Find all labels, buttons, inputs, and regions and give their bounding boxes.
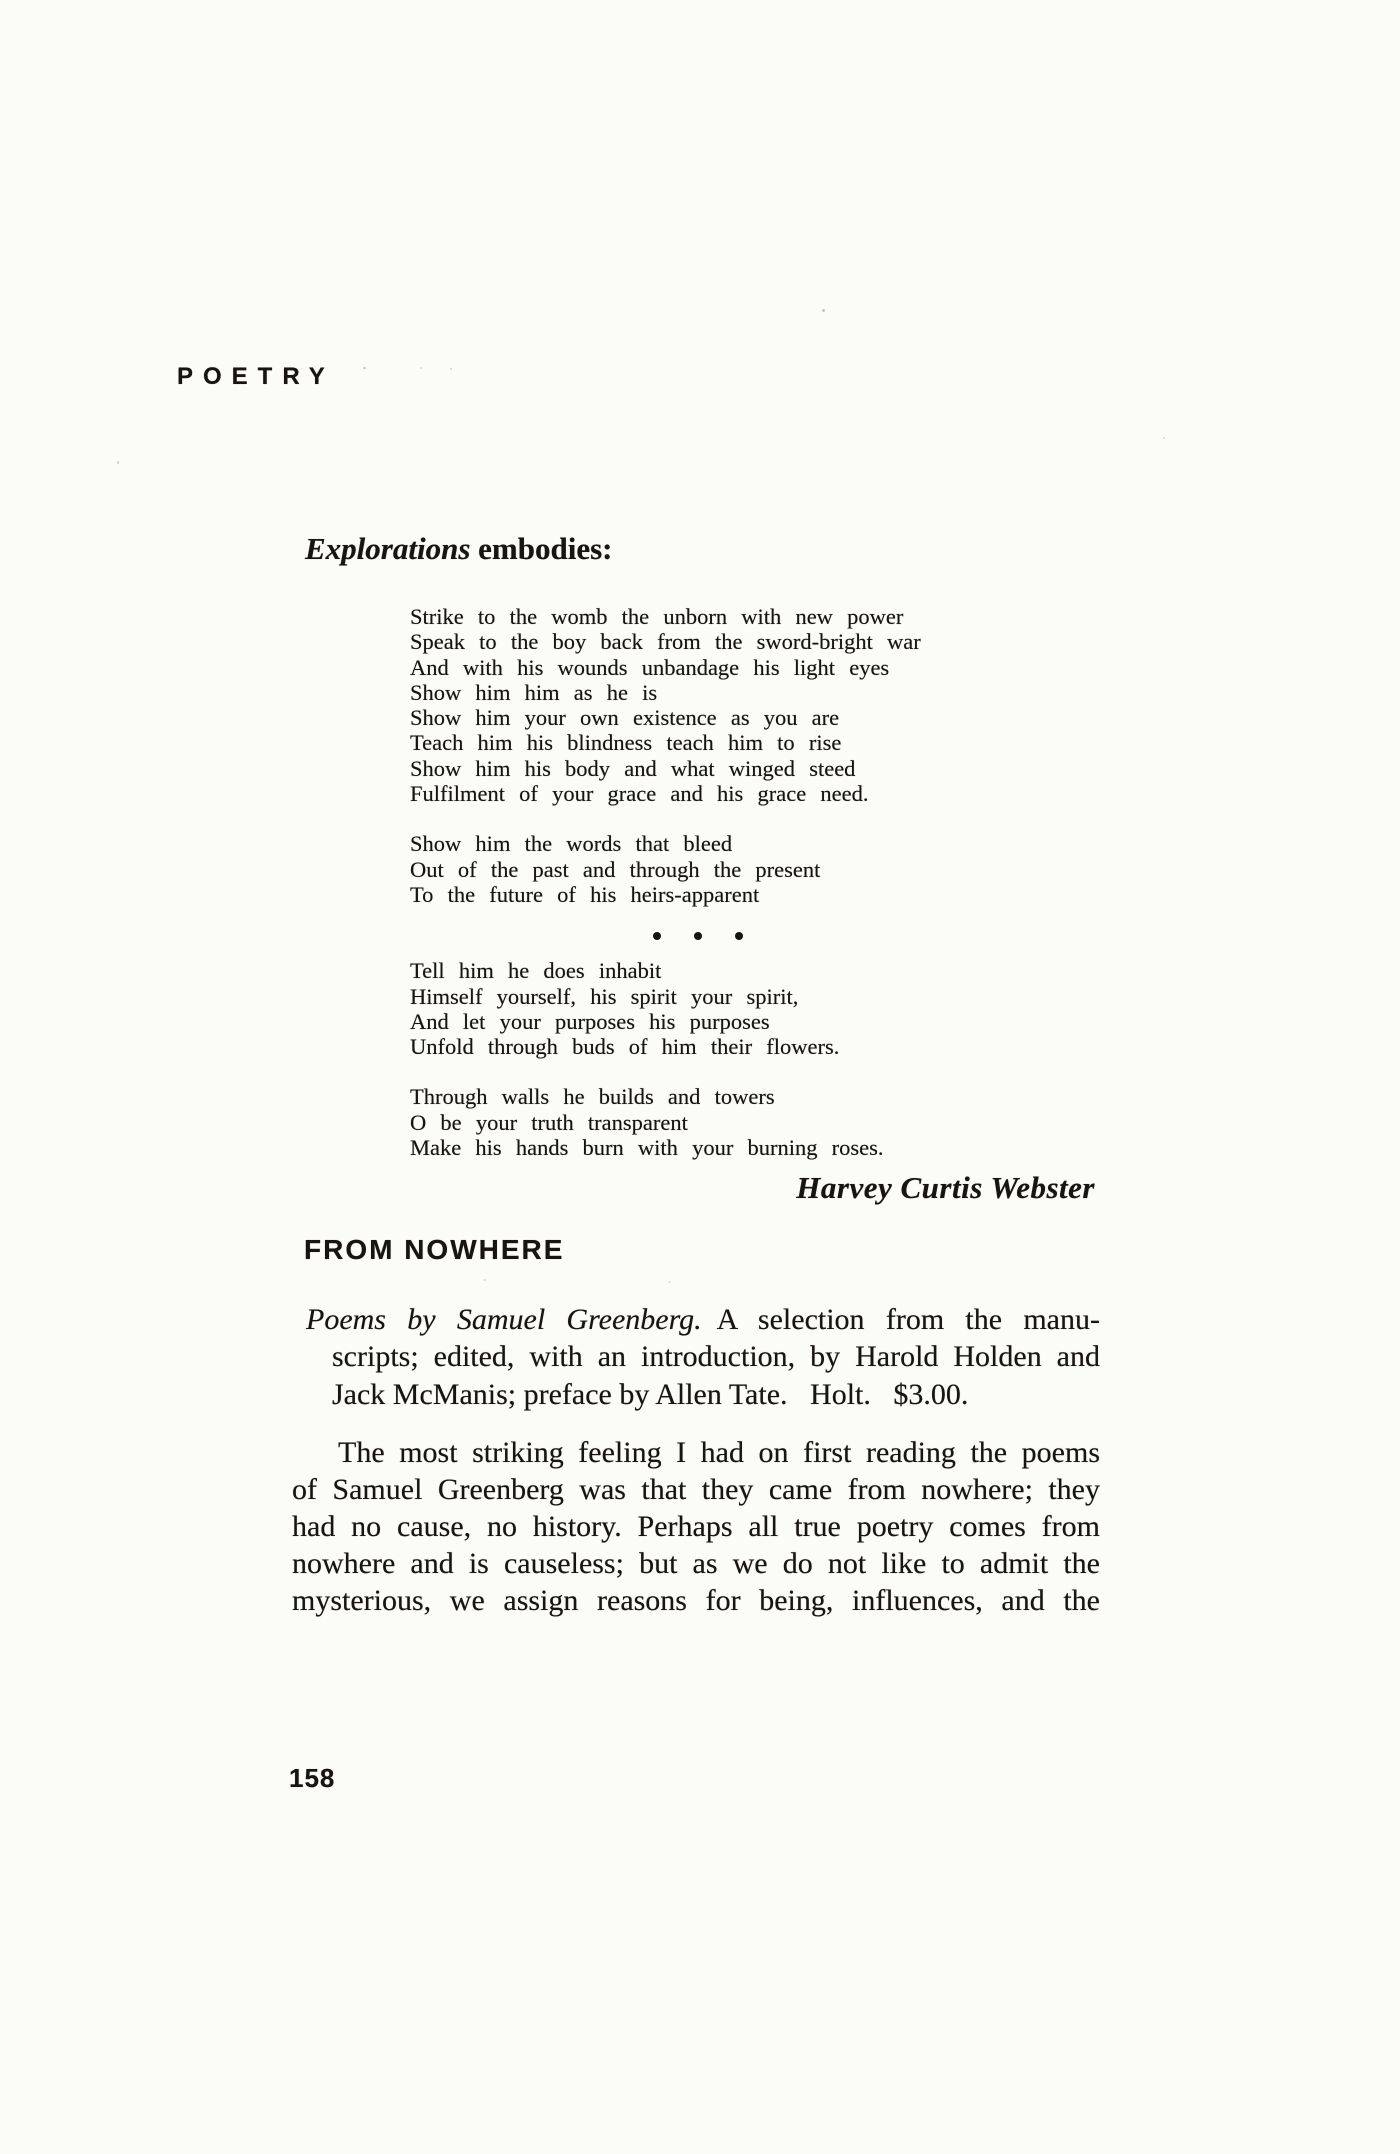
- separator-dot: [735, 932, 743, 940]
- poem-stanza-2: Show him the words that bleed Out of the…: [410, 831, 921, 907]
- citation-line: Jack McManis; preface by Allen Tate. Hol…: [332, 1376, 1100, 1413]
- poem-line: Show him your own existence as you are: [410, 705, 921, 730]
- poem-line: And with his wounds unbandage his light …: [410, 655, 921, 680]
- separator-dot: [653, 932, 661, 940]
- scan-speck: [420, 367, 422, 369]
- body-line: of Samuel Greenberg was that they came f…: [292, 1471, 1100, 1508]
- poem-line: Strike to the womb the unborn with new p…: [410, 604, 921, 629]
- poem-line: To the future of his heirs-apparent: [410, 882, 921, 907]
- page-number: 158: [289, 1763, 335, 1794]
- poem-line: Through walls he builds and towers: [410, 1084, 921, 1109]
- reviewer-attribution: Harvey Curtis Webster: [796, 1170, 1095, 1206]
- separator-dot: [694, 932, 702, 940]
- citation-text: A selection from the manu-: [702, 1303, 1100, 1336]
- scan-speck: [668, 1281, 671, 1283]
- body-line: mysterious, we assign reasons for being,…: [292, 1582, 1100, 1619]
- poem-line: And let your purposes his purposes: [410, 1009, 921, 1034]
- lead-in-text: embodies:: [470, 531, 612, 566]
- book-title-explorations: Explorations: [305, 531, 470, 566]
- body-line: nowhere and is causeless; but as we do n…: [292, 1545, 1100, 1582]
- scanned-book-page: POETRY Explorations embodies: Strike to …: [0, 0, 1400, 2154]
- poem-line: Teach him his blindness teach him to ris…: [410, 730, 921, 755]
- poem-line: Himself yourself, his spirit your spirit…: [410, 984, 921, 1009]
- scan-speck: [822, 309, 825, 312]
- body-line: had no cause, no history. Perhaps all tr…: [292, 1508, 1100, 1545]
- poem-line: Fulfilment of your grace and his grace n…: [410, 781, 921, 806]
- poem-line: Show him his body and what winged steed: [410, 756, 921, 781]
- poem-line: Unfold through buds of him their flowers…: [410, 1034, 921, 1059]
- poem-line: Make his hands burn with your burning ro…: [410, 1135, 921, 1160]
- lead-in-line: Explorations embodies:: [305, 531, 612, 567]
- scan-speck: [1163, 437, 1165, 439]
- poem-line: Show him the words that bleed: [410, 831, 921, 856]
- scan-speck: [483, 1279, 486, 1281]
- citation-line: scripts; edited, with an introduction, b…: [332, 1338, 1100, 1375]
- running-header: POETRY: [177, 363, 335, 391]
- poem-block: Strike to the womb the unborn with new p…: [410, 604, 921, 1185]
- stanza-separator-dots: [653, 932, 921, 940]
- poem-line: Tell him he does inhabit: [410, 958, 921, 983]
- book-citation: Poems by Samuel Greenberg. A selection f…: [306, 1301, 1100, 1413]
- poem-line: Out of the past and through the present: [410, 857, 921, 882]
- body-line: The most striking feeling I had on first…: [338, 1434, 1100, 1471]
- poem-line: Show him him as he is: [410, 680, 921, 705]
- scan-speck: [363, 367, 366, 369]
- poem-line: O be your truth transparent: [410, 1110, 921, 1135]
- book-title-poems: Poems by Samuel Greenberg.: [306, 1303, 702, 1336]
- scan-speck: [117, 461, 119, 464]
- poem-stanza-3: Tell him he does inhabit Himself yoursel…: [410, 958, 921, 1059]
- poem-stanza-1: Strike to the womb the unborn with new p…: [410, 604, 921, 806]
- citation-line: Poems by Samuel Greenberg. A selection f…: [306, 1301, 1100, 1338]
- poem-line: Speak to the boy back from the sword-bri…: [410, 629, 921, 654]
- scan-speck: [450, 368, 452, 370]
- poem-stanza-4: Through walls he builds and towers O be …: [410, 1084, 921, 1160]
- review-body-paragraph: The most striking feeling I had on first…: [292, 1434, 1100, 1619]
- review-heading: FROM NOWHERE: [304, 1234, 564, 1266]
